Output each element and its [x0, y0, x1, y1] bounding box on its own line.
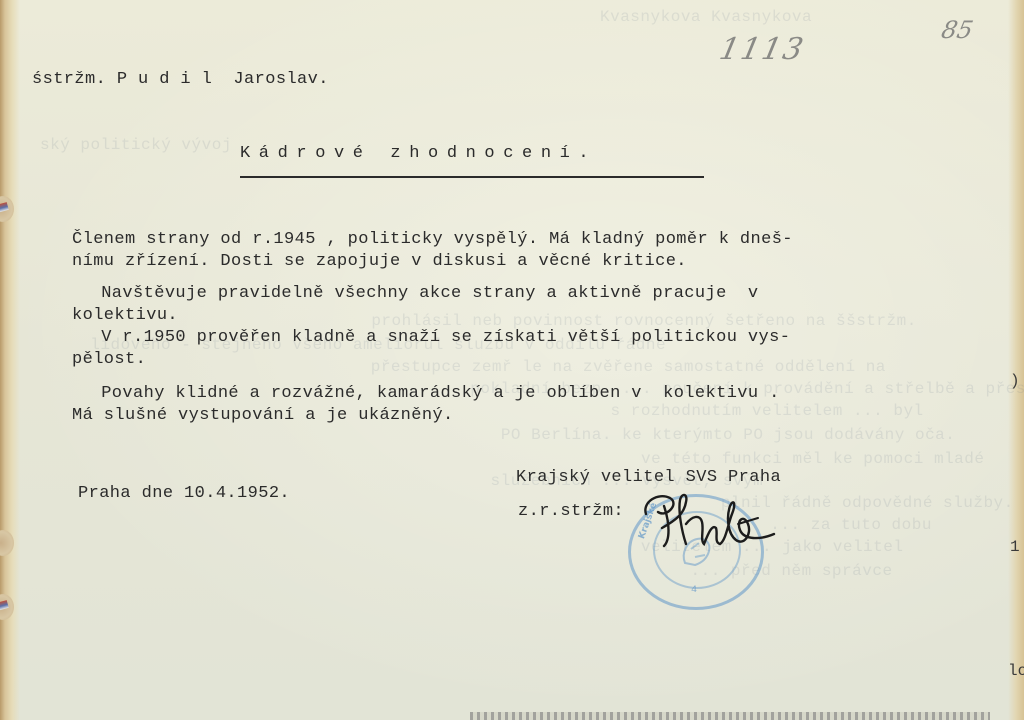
- signatory-on-behalf: z.r.stržm:: [518, 502, 624, 521]
- body-line: V r.1950 prověřen kladně a snaží se získ…: [80, 328, 790, 347]
- next-page-edge-text: [470, 712, 990, 720]
- body-line: kolektivu.: [72, 306, 178, 325]
- rank-and-name: śstržm. P u d i l Jaroslav.: [32, 70, 329, 89]
- margin-mark: lo: [1008, 662, 1024, 680]
- document-page: Kvasnykova Kvasnykova ský politický vývo…: [0, 0, 1024, 720]
- place-date: Praha dne 10.4.1952.: [78, 484, 290, 503]
- stamp-number: 4: [691, 585, 697, 596]
- margin-mark: 1: [1010, 538, 1020, 556]
- handwritten-signature: [640, 484, 780, 554]
- body-line: Členem strany od r.1945 , politicky vysp…: [72, 230, 793, 249]
- body-line: Navštěvuje pravidelně všechny akce stran…: [80, 284, 759, 303]
- body-line: nímu zřízení. Dosti se zapojuje v diskus…: [72, 252, 687, 271]
- page-number: 85: [939, 16, 975, 44]
- body-line: Povahy klidné a rozvážné, kamarádský a j…: [80, 384, 780, 403]
- document-title: Kádrové zhodnocení.: [240, 144, 597, 163]
- page-edge: [1008, 0, 1024, 720]
- body-line: Má slušné vystupování a je ukázněný.: [72, 406, 454, 425]
- title-underline: [240, 176, 704, 178]
- margin-mark: ): [1010, 372, 1020, 390]
- folio-number: 1113: [716, 32, 808, 67]
- body-line: pělost.: [72, 350, 146, 369]
